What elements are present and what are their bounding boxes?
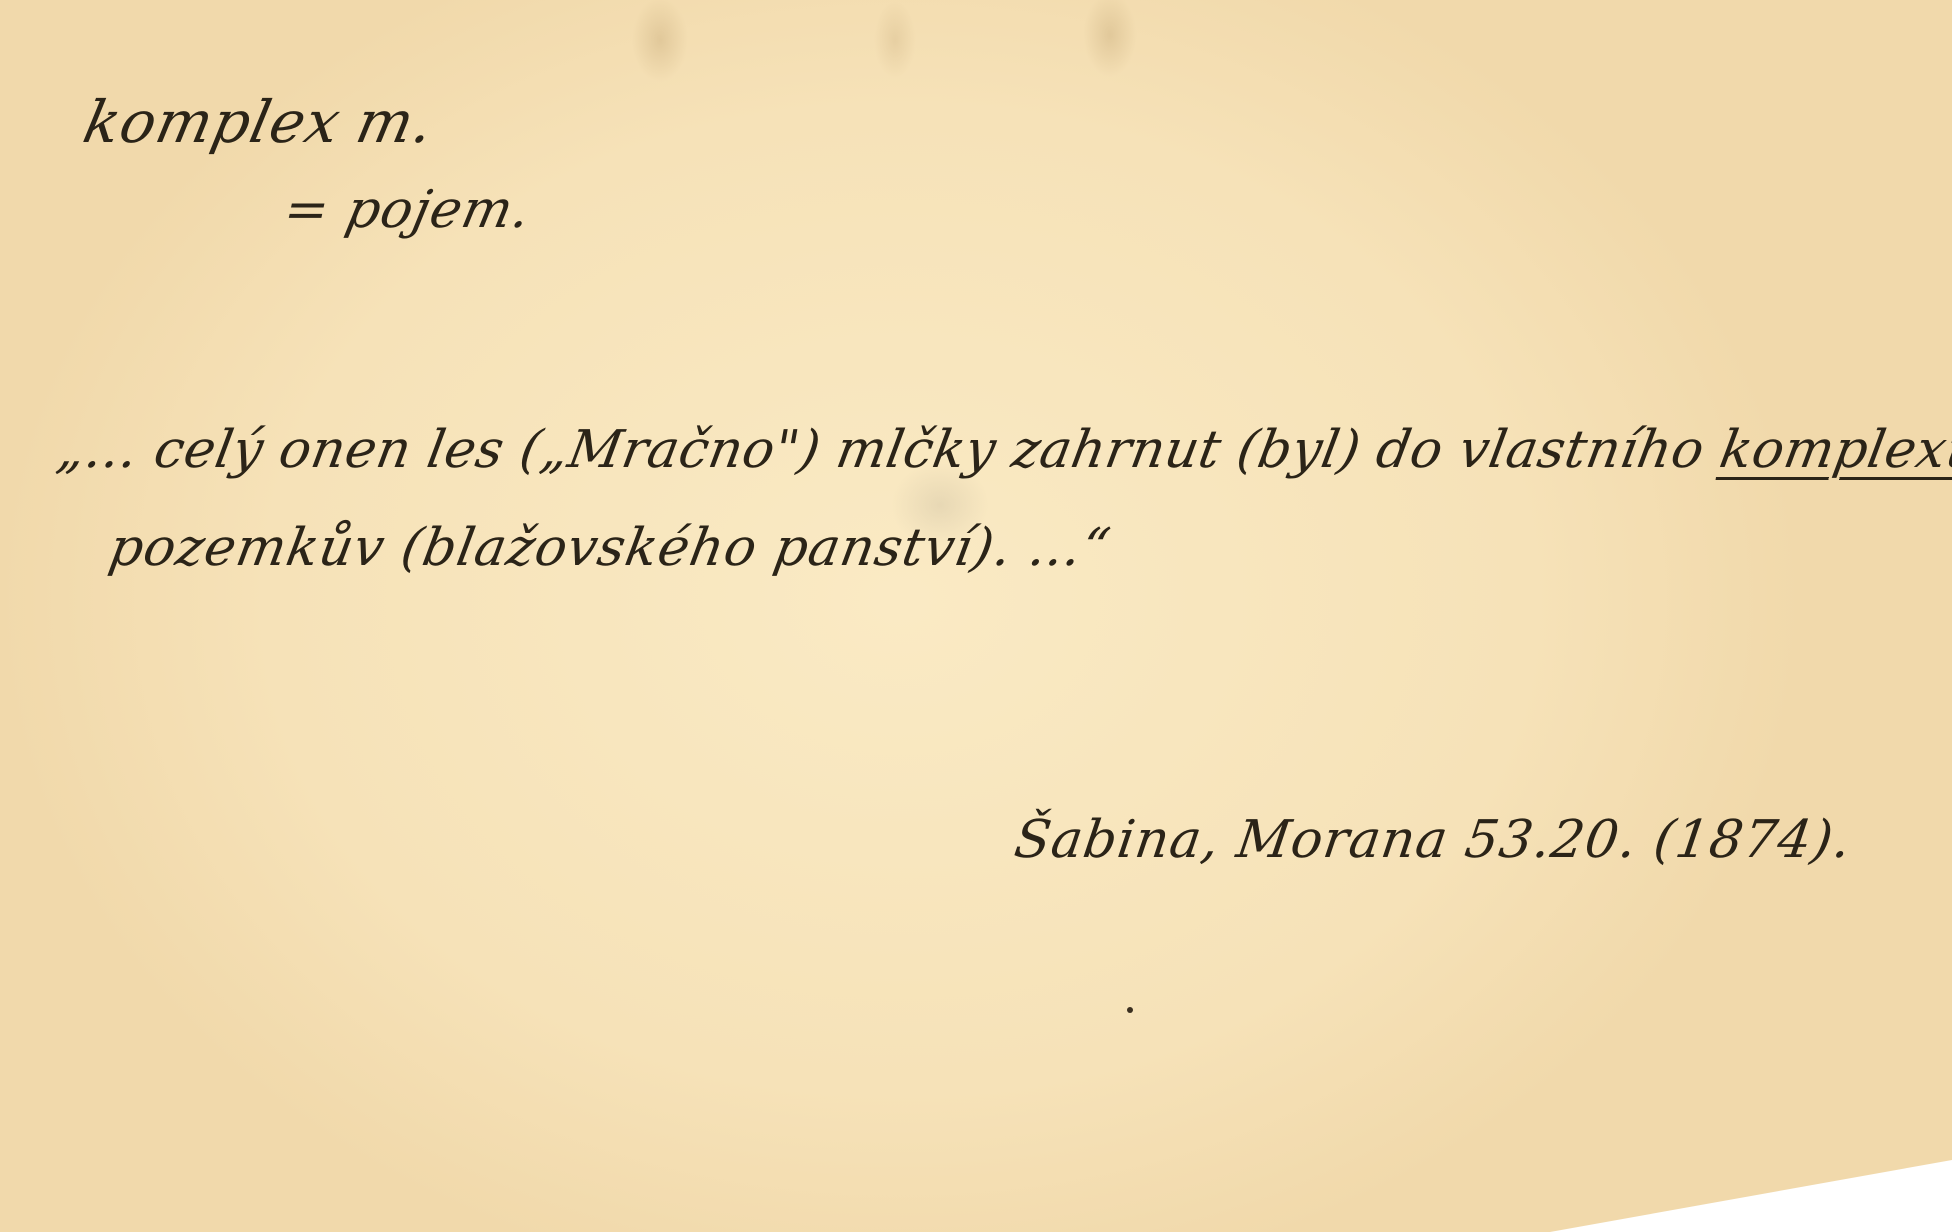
- synonym: = pojem.: [279, 180, 537, 240]
- archival-card: komplexm. = pojem. „… celý onen les („Mr…: [0, 0, 1952, 1232]
- underlined-headword-occurrence: komplexu: [1716, 420, 1952, 480]
- ink-speck: [1127, 1007, 1133, 1013]
- quote-text: „… celý onen les („Mračno") mlčky zahrnu…: [53, 420, 1726, 480]
- source-citation: Šabina, Morana 53.20. (1874).: [1011, 810, 1855, 870]
- quote-line-2: pozemkův (blažovského panství). …“: [105, 518, 1115, 578]
- headword: komplex: [78, 88, 347, 156]
- grammatical-gender: m.: [351, 88, 441, 156]
- quote-line-1: „… celý onen les („Mračno") mlčky zahrnu…: [53, 420, 1952, 480]
- headword-line: komplexm.: [78, 88, 441, 156]
